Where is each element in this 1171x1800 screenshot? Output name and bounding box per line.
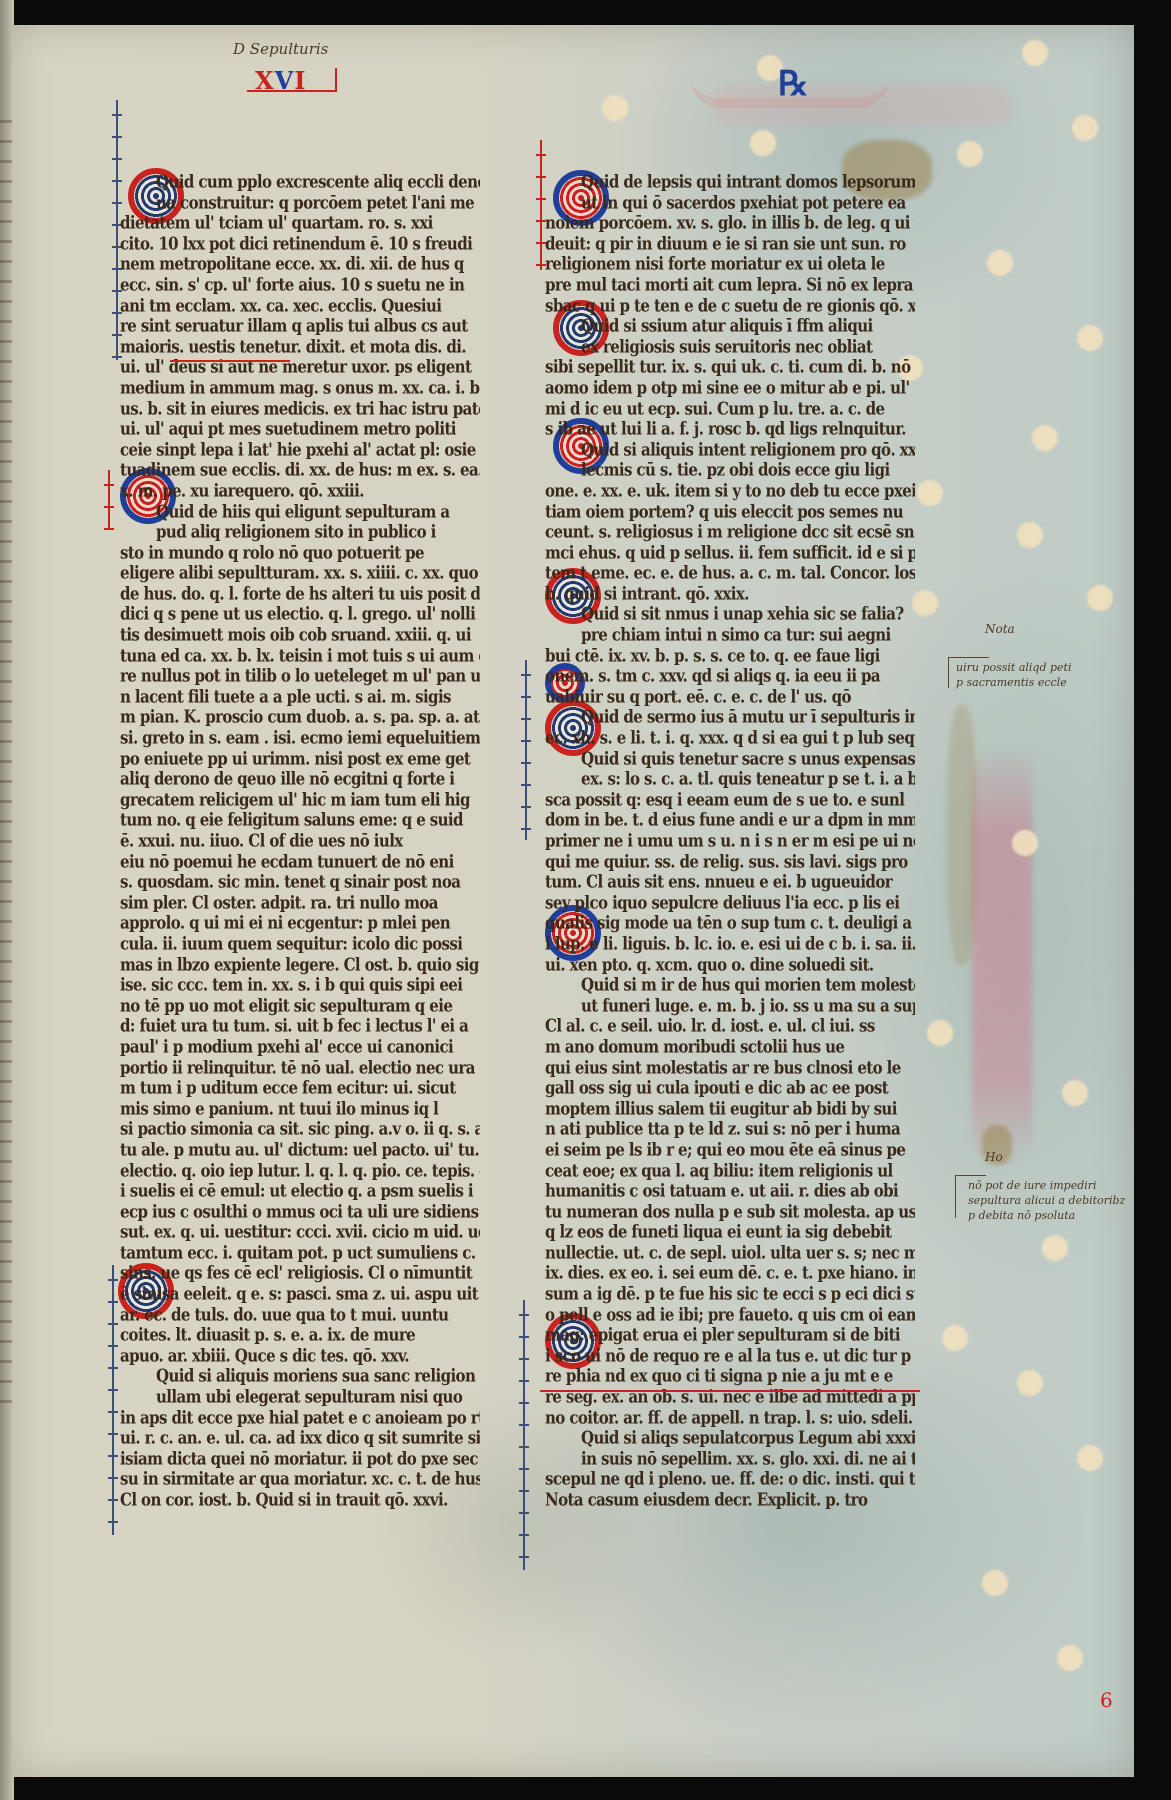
wear-spot xyxy=(917,480,943,506)
wear-spot xyxy=(957,141,983,167)
penwork-flourish-right-mid xyxy=(525,660,527,840)
wear-spot xyxy=(987,250,1013,276)
running-head: D Sepulturis xyxy=(233,40,328,58)
wear-spot xyxy=(1072,115,1098,141)
pink-water-stain xyxy=(972,745,1032,1165)
rubric-underline xyxy=(540,1390,920,1392)
wear-spot xyxy=(942,1325,968,1351)
wear-spot xyxy=(1087,585,1113,611)
dirt-stain xyxy=(947,705,977,965)
wear-spot xyxy=(1077,325,1103,351)
wear-spot xyxy=(602,95,628,121)
marginal-note-line: uiru possit aliqd peti xyxy=(956,660,1072,675)
wear-spot xyxy=(750,130,776,156)
text-column-right: Quid de lepsis qui intrant domos lepsoru… xyxy=(545,172,915,1511)
folio-number: 6 xyxy=(1100,1688,1113,1712)
marginal-note-heading: Ho xyxy=(985,1150,1003,1165)
penwork-flourish-left-bottom xyxy=(112,1265,114,1535)
chapter-number-frame xyxy=(247,68,337,92)
previous-page-text-fragment xyxy=(0,120,12,1420)
wear-spot xyxy=(1077,1445,1103,1471)
wear-spot xyxy=(912,590,938,616)
penwork-flourish-right-bottom xyxy=(523,1300,525,1570)
marginal-note-line: sepultura alicui a debitoribz xyxy=(968,1193,1125,1208)
penwork-flourish-left-mid xyxy=(108,470,110,530)
marginal-note-heading: Nota xyxy=(985,622,1015,637)
marginal-note-line: p debita nō psoluta xyxy=(968,1208,1075,1223)
wear-spot xyxy=(1022,40,1048,66)
chapter-number: XVI xyxy=(255,66,306,95)
wear-spot xyxy=(1057,1645,1083,1671)
wear-spot xyxy=(1012,830,1038,856)
text-column-left: Quid cum pplo excrescente aliq eccli den… xyxy=(120,172,480,1511)
marginal-note-line: nō pot de iure impediri xyxy=(968,1178,1097,1193)
wear-spot xyxy=(1042,1235,1068,1261)
wear-spot xyxy=(1017,522,1043,548)
penwork-flourish-left-top xyxy=(116,100,118,360)
text-line: Nota casum eiusdem decr. Explicit. p. tr… xyxy=(545,1488,915,1512)
wear-spot xyxy=(1032,425,1058,451)
marginal-note-line: p sacramentis eccle xyxy=(956,675,1067,690)
text-line: Cl on cor. iost. b. Quid si in trauit qō… xyxy=(120,1488,480,1512)
penwork-flourish-right-top xyxy=(540,140,542,270)
wear-spot xyxy=(1062,1080,1088,1106)
wear-spot xyxy=(927,1020,953,1046)
rubric-underline xyxy=(170,360,290,362)
wear-spot xyxy=(982,1570,1008,1596)
wear-spot xyxy=(1017,1370,1043,1396)
paraph-mark: ℞ xyxy=(778,64,808,104)
